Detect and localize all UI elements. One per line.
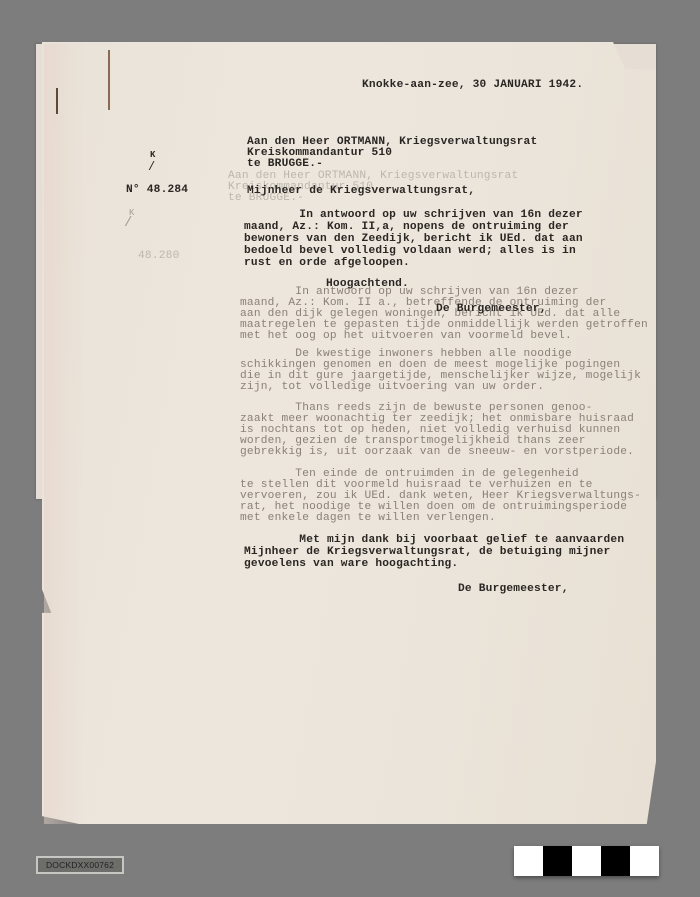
body-line: rust en orde afgeloopen. <box>244 258 410 270</box>
closing-greeting: Hoogachtend. <box>326 279 409 291</box>
addressee-line: te BRUGGE.- <box>247 159 323 171</box>
archive-id-label: DOCKDXX00762 <box>36 856 124 874</box>
slash-mark: / <box>148 162 155 174</box>
scale-bar <box>514 846 659 876</box>
reference-number: N° 48.284 <box>126 185 188 197</box>
slash-mark-faint: / <box>124 218 133 230</box>
body-line: bewoners van den Zeedijk, bericht ik UEd… <box>244 234 583 246</box>
closing-line: Mijnheer de Kriegsverwaltungsrat, de bet… <box>244 547 610 559</box>
date-line: Knokke-aan-zee, 30 JANUARI 1942. <box>362 80 583 92</box>
scale-segment <box>630 846 659 876</box>
ghost-line: met enkele dagen te willen verlengen. <box>240 513 496 525</box>
staple-hole-mark <box>56 88 58 114</box>
closing-line: gevoelens van ware hoogachting. <box>244 559 458 571</box>
scale-segment <box>543 846 572 876</box>
ghost-line: met het oog op het uitvoeren van voormel… <box>240 331 572 343</box>
scale-segment <box>572 846 601 876</box>
body-line: In antwoord op uw schrijven van 16n deze… <box>244 210 583 222</box>
body-line: maand, Az.: Kom. II,a, nopens de ontruim… <box>244 222 569 234</box>
faint-reference: 48.280 <box>138 251 179 263</box>
signature-title: De Burgemeester, <box>458 584 569 596</box>
rust-mark <box>108 50 110 110</box>
scale-segment <box>601 846 630 876</box>
paper-fold <box>44 44 84 824</box>
body-line: bedoeld bevel volledig voldaan werd; all… <box>244 246 576 258</box>
closing-title: De Burgemeester, <box>436 304 547 316</box>
ghost-line: gebrekkig is, uit oorzaak van de sneeuw-… <box>240 447 634 459</box>
salutation: Mijnheer de Kriegsverwaltungsrat, <box>247 186 475 198</box>
scale-segment <box>514 846 543 876</box>
ghost-line: zijn, tot volledige uitvoering van uw or… <box>240 382 544 394</box>
closing-line: Met mijn dank bij voorbaat gelief te aan… <box>244 535 624 547</box>
